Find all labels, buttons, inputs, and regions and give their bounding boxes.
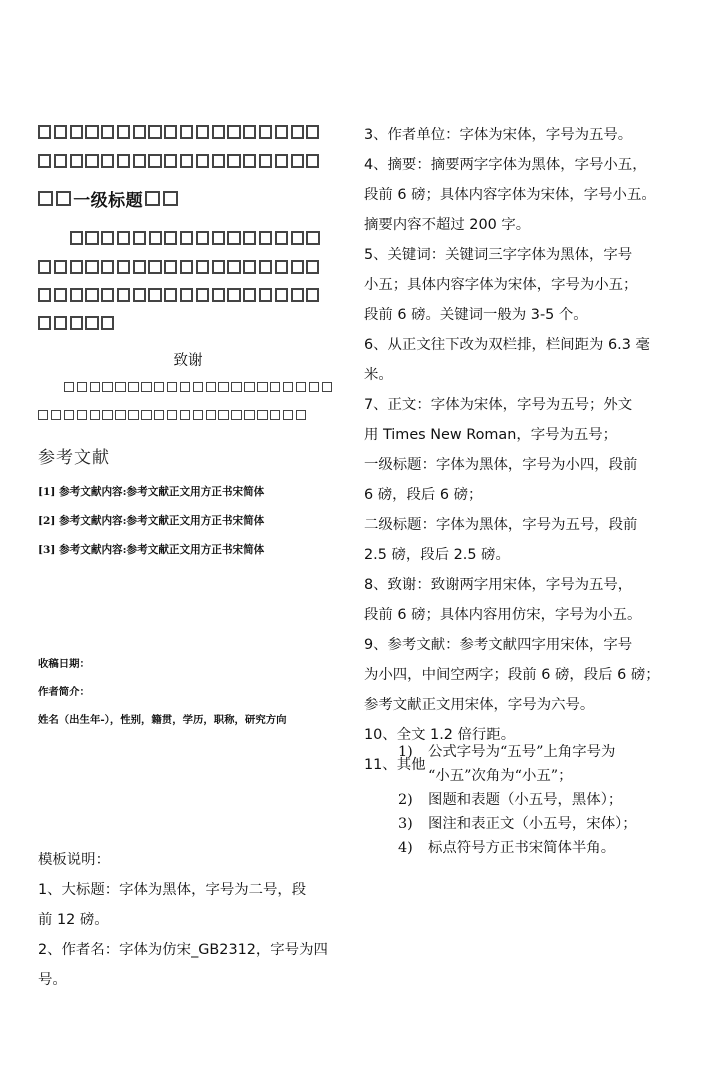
placeholder-glyph-box [70,231,83,244]
body-line-1 [38,230,322,246]
other-item-text: 标点符号方正书宋简体半角。 [428,840,615,856]
heading-suffix-boxes [145,191,180,206]
placeholder-glyph-box [243,260,256,273]
placeholder-glyph-box [167,410,177,420]
placeholder-glyph-box [117,288,130,301]
placeholder-glyph-box [54,260,67,273]
placeholder-glyph-box [38,260,51,273]
placeholder-glyph-box [90,382,100,392]
placeholder-glyph-box [70,260,83,273]
placeholder-glyph-box [145,191,160,206]
rule-line: 5、关键词：关键词三字字体为黑体，字号 [364,240,674,270]
placeholder-glyph-box [117,231,130,244]
placeholder-glyph-box [231,410,241,420]
placeholder-glyph-box [180,288,193,301]
placeholder-glyph-box [101,260,114,273]
placeholder-glyph-box [243,125,256,138]
acknowledgement-line-1 [38,379,335,395]
rule-line: 为小四，中间空两字；段前 6 磅，段后 6 磅； [364,660,674,690]
placeholder-glyph-box [196,125,209,138]
placeholder-glyph-box [64,410,74,420]
other-item-number: 3) [398,816,428,832]
placeholder-glyph-box [85,231,98,244]
placeholder-glyph-box [270,382,280,392]
placeholder-glyph-box [257,410,267,420]
placeholder-glyph-box [322,382,332,392]
placeholder-glyph-box [38,316,51,329]
rule-line: 小五；具体内容字体为宋体，字号为小五； [364,270,674,300]
placeholder-glyph-box [180,154,193,167]
placeholder-glyph-box [291,154,304,167]
rule-line: 6、从正文往下改为双栏排，栏间距为 6.3 毫 [364,330,674,360]
other-item-text: “小五”次角为“小五”； [428,768,573,784]
placeholder-glyph-box [206,410,216,420]
heading-text: 一级标题 [73,186,143,211]
placeholder-glyph-box [148,125,161,138]
rule-line: 9、参考文献：参考文献四字用宋体，字号 [364,630,674,660]
placeholder-glyph-box [275,260,288,273]
template-note-line: 2、作者名：字体为仿宋_GB2312，字号为四 [38,935,348,965]
placeholder-glyph-box [85,154,98,167]
placeholder-glyph-box [275,154,288,167]
rule-line: 段前 6 磅；具体内容字体为宋体，字号小五。 [364,180,674,210]
placeholder-glyph-box [85,288,98,301]
placeholder-glyph-box [180,125,193,138]
placeholder-glyph-box [56,191,71,206]
other-item-1: 1)公式字号为“五号”上角字号为 [364,740,615,761]
placeholder-glyph-box [283,382,293,392]
placeholder-glyph-box [54,154,67,167]
placeholder-glyph-box [164,260,177,273]
placeholder-glyph-box [227,125,240,138]
placeholder-glyph-box [283,410,293,420]
body-line-4 [38,315,117,331]
placeholder-glyph-box [196,231,209,244]
placeholder-glyph-box [306,154,319,167]
title-line-2 [38,153,322,169]
placeholder-glyph-box [102,382,112,392]
placeholder-glyph-box [275,231,288,244]
other-item-number: 1) [398,744,428,760]
rule-line: 一级标题：字体为黑体，字号为小四，段前 [364,450,674,480]
placeholder-glyph-box [212,260,225,273]
placeholder-glyph-box [227,154,240,167]
placeholder-glyph-box [227,231,240,244]
rule-line: 米。 [364,360,674,390]
placeholder-glyph-box [243,231,256,244]
placeholder-glyph-box [244,410,254,420]
placeholder-glyph-box [77,410,87,420]
rule-line: 8、致谢：致谢两字用宋体，字号为五号， [364,570,674,600]
placeholder-glyph-box [164,125,177,138]
rule-line: 二级标题：字体为黑体，字号为五号，段前 [364,510,674,540]
rule-line: 用 Times New Roman，字号为五号； [364,420,674,450]
placeholder-glyph-box [180,231,193,244]
placeholder-glyph-box [164,154,177,167]
placeholder-glyph-box [148,154,161,167]
placeholder-glyph-box [243,154,256,167]
placeholder-glyph-box [101,154,114,167]
placeholder-glyph-box [133,231,146,244]
placeholder-glyph-box [164,288,177,301]
other-item-4: 4)标点符号方正书宋简体半角。 [364,836,615,857]
references-title: 参考文献 [38,443,110,468]
placeholder-glyph-box [54,288,67,301]
placeholder-glyph-box [180,260,193,273]
placeholder-glyph-box [259,154,272,167]
placeholder-glyph-box [306,231,319,244]
placeholder-glyph-box [270,410,280,420]
document-page: 一级标题 致谢 参考文献 [1] 参考文献内容:参考文献正文用方正书宋简体 [2… [0,0,702,1092]
reference-item-3: [3] 参考文献内容:参考文献正文用方正书宋简体 [38,542,264,557]
rule-line: 参考文献正文用宋体，字号为六号。 [364,690,674,720]
placeholder-glyph-box [148,260,161,273]
rule-line: 摘要内容不超过 200 字。 [364,210,674,240]
placeholder-glyph-box [275,288,288,301]
placeholder-glyph-box [101,316,114,329]
placeholder-glyph-box [309,382,319,392]
reference-item-2: [2] 参考文献内容:参考文献正文用方正书宋简体 [38,513,264,528]
placeholder-glyph-box [101,288,114,301]
rule-line: 4、摘要：摘要两字字体为黑体，字号小五， [364,150,674,180]
received-date-label: 收稿日期： [38,655,90,670]
placeholder-glyph-box [212,125,225,138]
acknowledgement-title: 致谢 [38,349,338,370]
placeholder-glyph-box [306,288,319,301]
placeholder-glyph-box [64,382,74,392]
placeholder-glyph-box [196,154,209,167]
heading-level-1: 一级标题 [38,187,180,209]
placeholder-glyph-box [115,382,125,392]
placeholder-glyph-box [70,288,83,301]
other-item-text: 图注和表正文（小五号，宋体）； [428,816,637,832]
placeholder-glyph-box [218,410,228,420]
placeholder-glyph-box [193,382,203,392]
placeholder-glyph-box [102,410,112,420]
placeholder-glyph-box [227,288,240,301]
placeholder-glyph-box [259,125,272,138]
title-line-1 [38,124,322,140]
rule-line: 3、作者单位：字体为宋体，字号为五号。 [364,120,674,150]
placeholder-glyph-box [306,260,319,273]
placeholder-glyph-box [180,382,190,392]
placeholder-glyph-box [133,288,146,301]
placeholder-glyph-box [148,288,161,301]
placeholder-glyph-box [133,260,146,273]
template-notes-title: 模板说明： [38,845,348,875]
placeholder-glyph-box [70,125,83,138]
placeholder-glyph-box [291,288,304,301]
placeholder-glyph-box [54,125,67,138]
placeholder-glyph-box [275,125,288,138]
placeholder-glyph-box [196,288,209,301]
heading-prefix-boxes [38,191,73,206]
placeholder-glyph-box [212,154,225,167]
placeholder-glyph-box [243,288,256,301]
placeholder-glyph-box [259,288,272,301]
placeholder-glyph-box [128,382,138,392]
placeholder-glyph-box [128,410,138,420]
placeholder-glyph-box [70,154,83,167]
acknowledgement-line-2 [38,407,309,423]
placeholder-glyph-box [38,288,51,301]
placeholder-glyph-box [193,410,203,420]
placeholder-glyph-box [38,191,53,206]
placeholder-glyph-box [85,316,98,329]
placeholder-glyph-box [54,316,67,329]
placeholder-glyph-box [257,382,267,392]
placeholder-glyph-box [85,125,98,138]
other-item-2: 2)图题和表题（小五号，黑体）； [364,788,622,809]
placeholder-glyph-box [306,125,319,138]
template-note-line: 1、大标题：字体为黑体，字号为二号，段 [38,875,348,905]
placeholder-glyph-box [218,382,228,392]
placeholder-glyph-box [259,231,272,244]
placeholder-glyph-box [212,288,225,301]
placeholder-glyph-box [117,125,130,138]
placeholder-glyph-box [206,382,216,392]
placeholder-glyph-box [141,410,151,420]
template-notes: 模板说明： 1、大标题：字体为黑体，字号为二号，段 前 12 磅。 2、作者名：… [38,845,348,995]
placeholder-glyph-box [133,125,146,138]
placeholder-glyph-box [51,410,61,420]
placeholder-glyph-box [90,410,100,420]
placeholder-glyph-box [101,125,114,138]
other-item-3: 3)图注和表正文（小五号，宋体）； [364,812,637,833]
other-item-1-continued: “小五”次角为“小五”； [364,764,573,785]
rule-line: 2.5 磅，段后 2.5 磅。 [364,540,674,570]
placeholder-glyph-box [244,382,254,392]
placeholder-glyph-box [212,231,225,244]
placeholder-glyph-box [180,410,190,420]
placeholder-glyph-box [163,191,178,206]
placeholder-glyph-box [141,382,151,392]
placeholder-glyph-box [70,316,83,329]
placeholder-glyph-box [38,125,51,138]
rule-line: 段前 6 磅。关键词一般为 3-5 个。 [364,300,674,330]
placeholder-glyph-box [227,260,240,273]
placeholder-glyph-box [231,382,241,392]
placeholder-glyph-box [167,382,177,392]
placeholder-glyph-box [296,410,306,420]
other-item-text: 图题和表题（小五号，黑体）； [428,792,622,808]
placeholder-glyph-box [164,231,177,244]
placeholder-glyph-box [117,154,130,167]
reference-item-1: [1] 参考文献内容:参考文献正文用方正书宋简体 [38,484,264,499]
placeholder-glyph-box [259,260,272,273]
template-note-line: 前 12 磅。 [38,905,348,935]
placeholder-glyph-box [77,382,87,392]
placeholder-glyph-box [291,125,304,138]
placeholder-glyph-box [291,231,304,244]
placeholder-glyph-box [196,260,209,273]
rule-line: 6 磅，段后 6 磅； [364,480,674,510]
author-bio-text: 姓名（出生年-），性别，籍贯，学历，职称，研究方向 [38,711,287,726]
placeholder-glyph-box [85,260,98,273]
body-line-2 [38,259,322,275]
other-item-number: 4) [398,840,428,856]
placeholder-glyph-box [154,382,164,392]
other-item-number: 2) [398,792,428,808]
placeholder-glyph-box [101,231,114,244]
placeholder-glyph-box [115,410,125,420]
placeholder-glyph-box [154,410,164,420]
rule-line: 7、正文：字体为宋体，字号为五号；外文 [364,390,674,420]
rule-line: 段前 6 磅；具体内容用仿宋，字号为小五。 [364,600,674,630]
placeholder-glyph-box [38,410,48,420]
format-rules: 3、作者单位：字体为宋体，字号为五号。 4、摘要：摘要两字字体为黑体，字号小五，… [364,120,674,780]
template-note-line: 号。 [38,965,348,995]
placeholder-glyph-box [149,231,162,244]
placeholder-glyph-box [117,260,130,273]
author-bio-label: 作者简介： [38,683,90,698]
placeholder-glyph-box [38,154,51,167]
placeholder-glyph-box [296,382,306,392]
other-item-text: 公式字号为“五号”上角字号为 [428,744,615,760]
placeholder-glyph-box [133,154,146,167]
body-line-3 [38,287,322,303]
right-column: 3、作者单位：字体为宋体，字号为五号。 4、摘要：摘要两字字体为黑体，字号小五，… [364,120,674,780]
placeholder-glyph-box [291,260,304,273]
